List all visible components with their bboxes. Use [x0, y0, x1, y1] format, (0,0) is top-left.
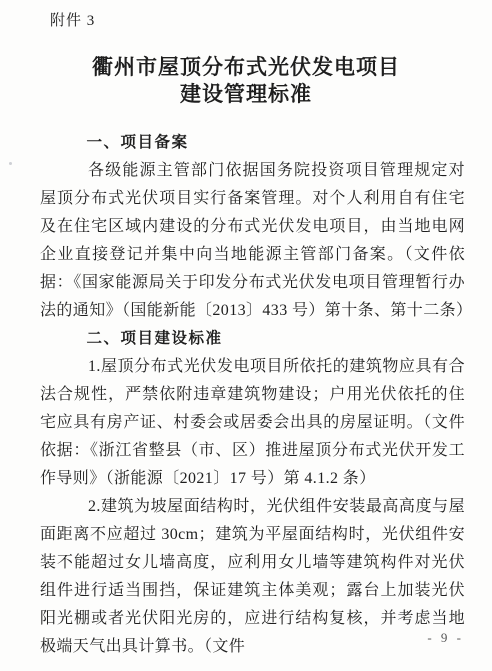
document-page: 附件 3 衢州市屋顶分布式光伏发电项目 建设管理标准 一、项目备案 各级能源主管… — [0, 0, 492, 671]
document-title: 衢州市屋顶分布式光伏发电项目 建设管理标准 — [0, 54, 492, 108]
scan-artifact — [9, 162, 12, 165]
document-title-line-2: 建设管理标准 — [0, 81, 492, 108]
section-heading-construction-standards: 二、项目建设标准 — [40, 325, 465, 353]
paragraph-project-filing: 各级能源主管部门依据国务院投资项目管理规定对屋顶分布式光伏项目实行备案管理。对个… — [40, 157, 465, 325]
document-body: 一、项目备案 各级能源主管部门依据国务院投资项目管理规定对屋顶分布式光伏项目实行… — [40, 129, 465, 661]
section-heading-project-filing: 一、项目备案 — [40, 129, 465, 157]
paragraph-construction-standard-1: 1.屋顶分布式光伏发电项目所依托的建筑物应具有合法合规性，严禁依附违章建筑物建设… — [40, 353, 465, 493]
attachment-label: 附件 3 — [50, 9, 492, 30]
document-title-line-1: 衢州市屋顶分布式光伏发电项目 — [0, 54, 492, 81]
page-number: - 9 - — [427, 630, 464, 646]
paragraph-construction-standard-2: 2.建筑为坡屋面结构时，光伏组件安装最高高度与屋面距离不应超过 30cm；建筑为… — [40, 493, 465, 661]
